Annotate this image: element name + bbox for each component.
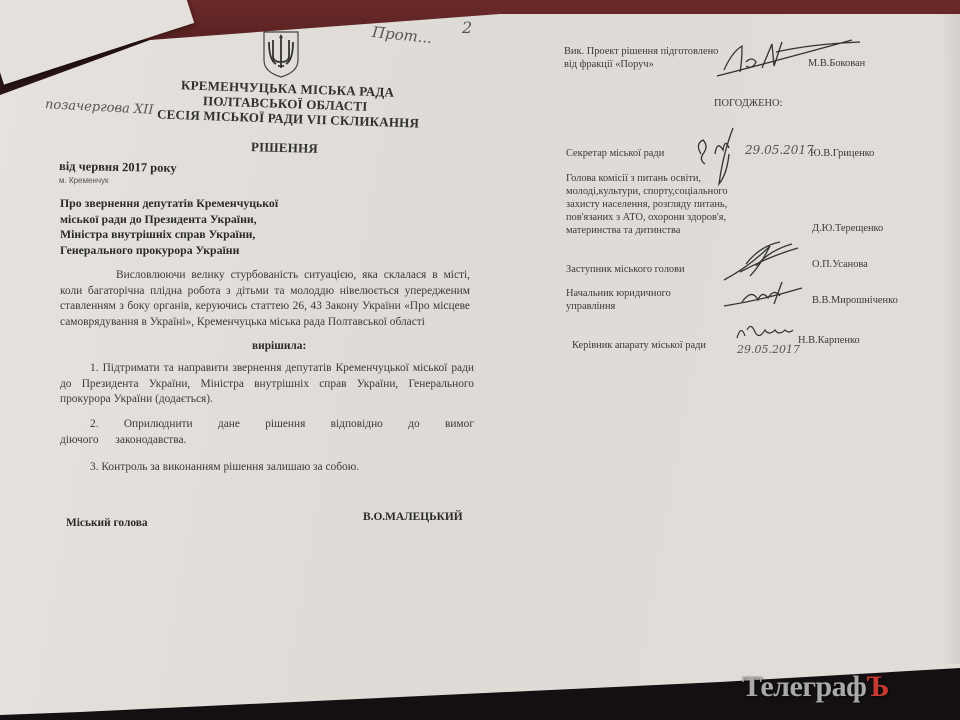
- session-title: СЕСІЯ МІСЬКОЇ РАДИ VII СКЛИКАННЯ: [157, 106, 420, 131]
- decision-subject: Про звернення депутатів Кременчуцької мі…: [60, 196, 278, 258]
- decision-date: від червня 2017 року: [59, 159, 177, 176]
- approval-date-handwritten: 29.05.2017: [737, 343, 800, 356]
- subject-line: Генерального прокурора України: [60, 243, 278, 259]
- subject-line: міської ради до Президента України,: [60, 212, 278, 228]
- signature-myroshnichenko-icon: [722, 280, 812, 310]
- approval-role: Голова комісії з питань освіти, молоді,к…: [566, 172, 728, 237]
- approval-name: Н.В.Карпенко: [798, 334, 860, 347]
- handwritten-note-top: Прот...: [371, 23, 433, 47]
- signature-usanova-icon: [720, 236, 800, 286]
- approval-role: Заступник міського голови: [566, 263, 685, 276]
- role-line: молоді,культури, спорту,соціального: [566, 185, 728, 198]
- role-line: пов'язаних з АТО, охорони здоров'я,: [566, 211, 728, 224]
- approval-name: Ю.В.Гриценко: [810, 147, 874, 160]
- subject-line: Про звернення депутатів Кременчуцької: [60, 196, 278, 212]
- prepared-line-2: від фракції «Поруч»: [564, 58, 718, 71]
- approval-role: Керівник апарату міської ради: [572, 339, 706, 352]
- signature-karpenko-icon: [735, 320, 795, 342]
- approval-role: Начальник юридичного управління: [566, 287, 671, 313]
- preamble: Висловлюючи велику стурбованість ситуаці…: [60, 268, 470, 330]
- prepared-line-1: Вик. Проект рішення підготовлено: [564, 45, 718, 58]
- approval-name: Д.Ю.Терещенко: [812, 222, 883, 235]
- prepared-name: М.В.Бокован: [808, 57, 865, 70]
- approval-role: Секретар міської ради: [566, 147, 664, 160]
- telegraf-watermark-logo: ТелеграфЪ: [742, 670, 889, 704]
- role-line: управління: [566, 300, 671, 313]
- prepared-by: Вик. Проект рішення підготовлено від фра…: [564, 45, 718, 71]
- role-line: материнства та дитинства: [566, 224, 728, 237]
- trident-coat-of-arms-icon: [262, 30, 300, 78]
- decided-label: вирішила:: [252, 339, 306, 355]
- session-handwritten: позачергова XII: [45, 97, 154, 118]
- approval-name: В.В.Мирошніченко: [812, 294, 898, 307]
- mayor-name: В.О.МАЛЕЦЬКИЙ: [363, 510, 463, 526]
- decision-place: м. Кременчук: [59, 176, 109, 185]
- handwritten-page-number: 2: [462, 18, 472, 37]
- role-line: захисту населення, розгляду питань,: [566, 198, 728, 211]
- mayor-title: Міський голова: [66, 516, 148, 532]
- role-line: Начальник юридичного: [566, 287, 671, 300]
- approval-date-handwritten: 29.05.2017: [745, 143, 814, 157]
- subject-line: Міністра внутрішніх справ України,: [60, 227, 278, 243]
- watermark-main: Телеграф: [742, 670, 866, 703]
- watermark-accent: Ъ: [866, 670, 888, 703]
- approval-name: О.П.Усанова: [812, 258, 868, 271]
- document: Прот... 2 КРЕМЕНЧУЦЬКА МІСЬКА РАДА ПОЛТА…: [0, 0, 960, 720]
- role-line: Голова комісії з питань освіти,: [566, 172, 728, 185]
- decision-point-2: 2. Оприлюднити дане рішення відповідно д…: [60, 417, 474, 448]
- decision-point-1: 1. Підтримати та направити звернення деп…: [60, 361, 474, 408]
- decision-point-3: 3. Контроль за виконанням рішення залиша…: [60, 460, 474, 476]
- document-type: РІШЕННЯ: [251, 139, 318, 157]
- approved-label: ПОГОДЖЕНО:: [714, 97, 782, 110]
